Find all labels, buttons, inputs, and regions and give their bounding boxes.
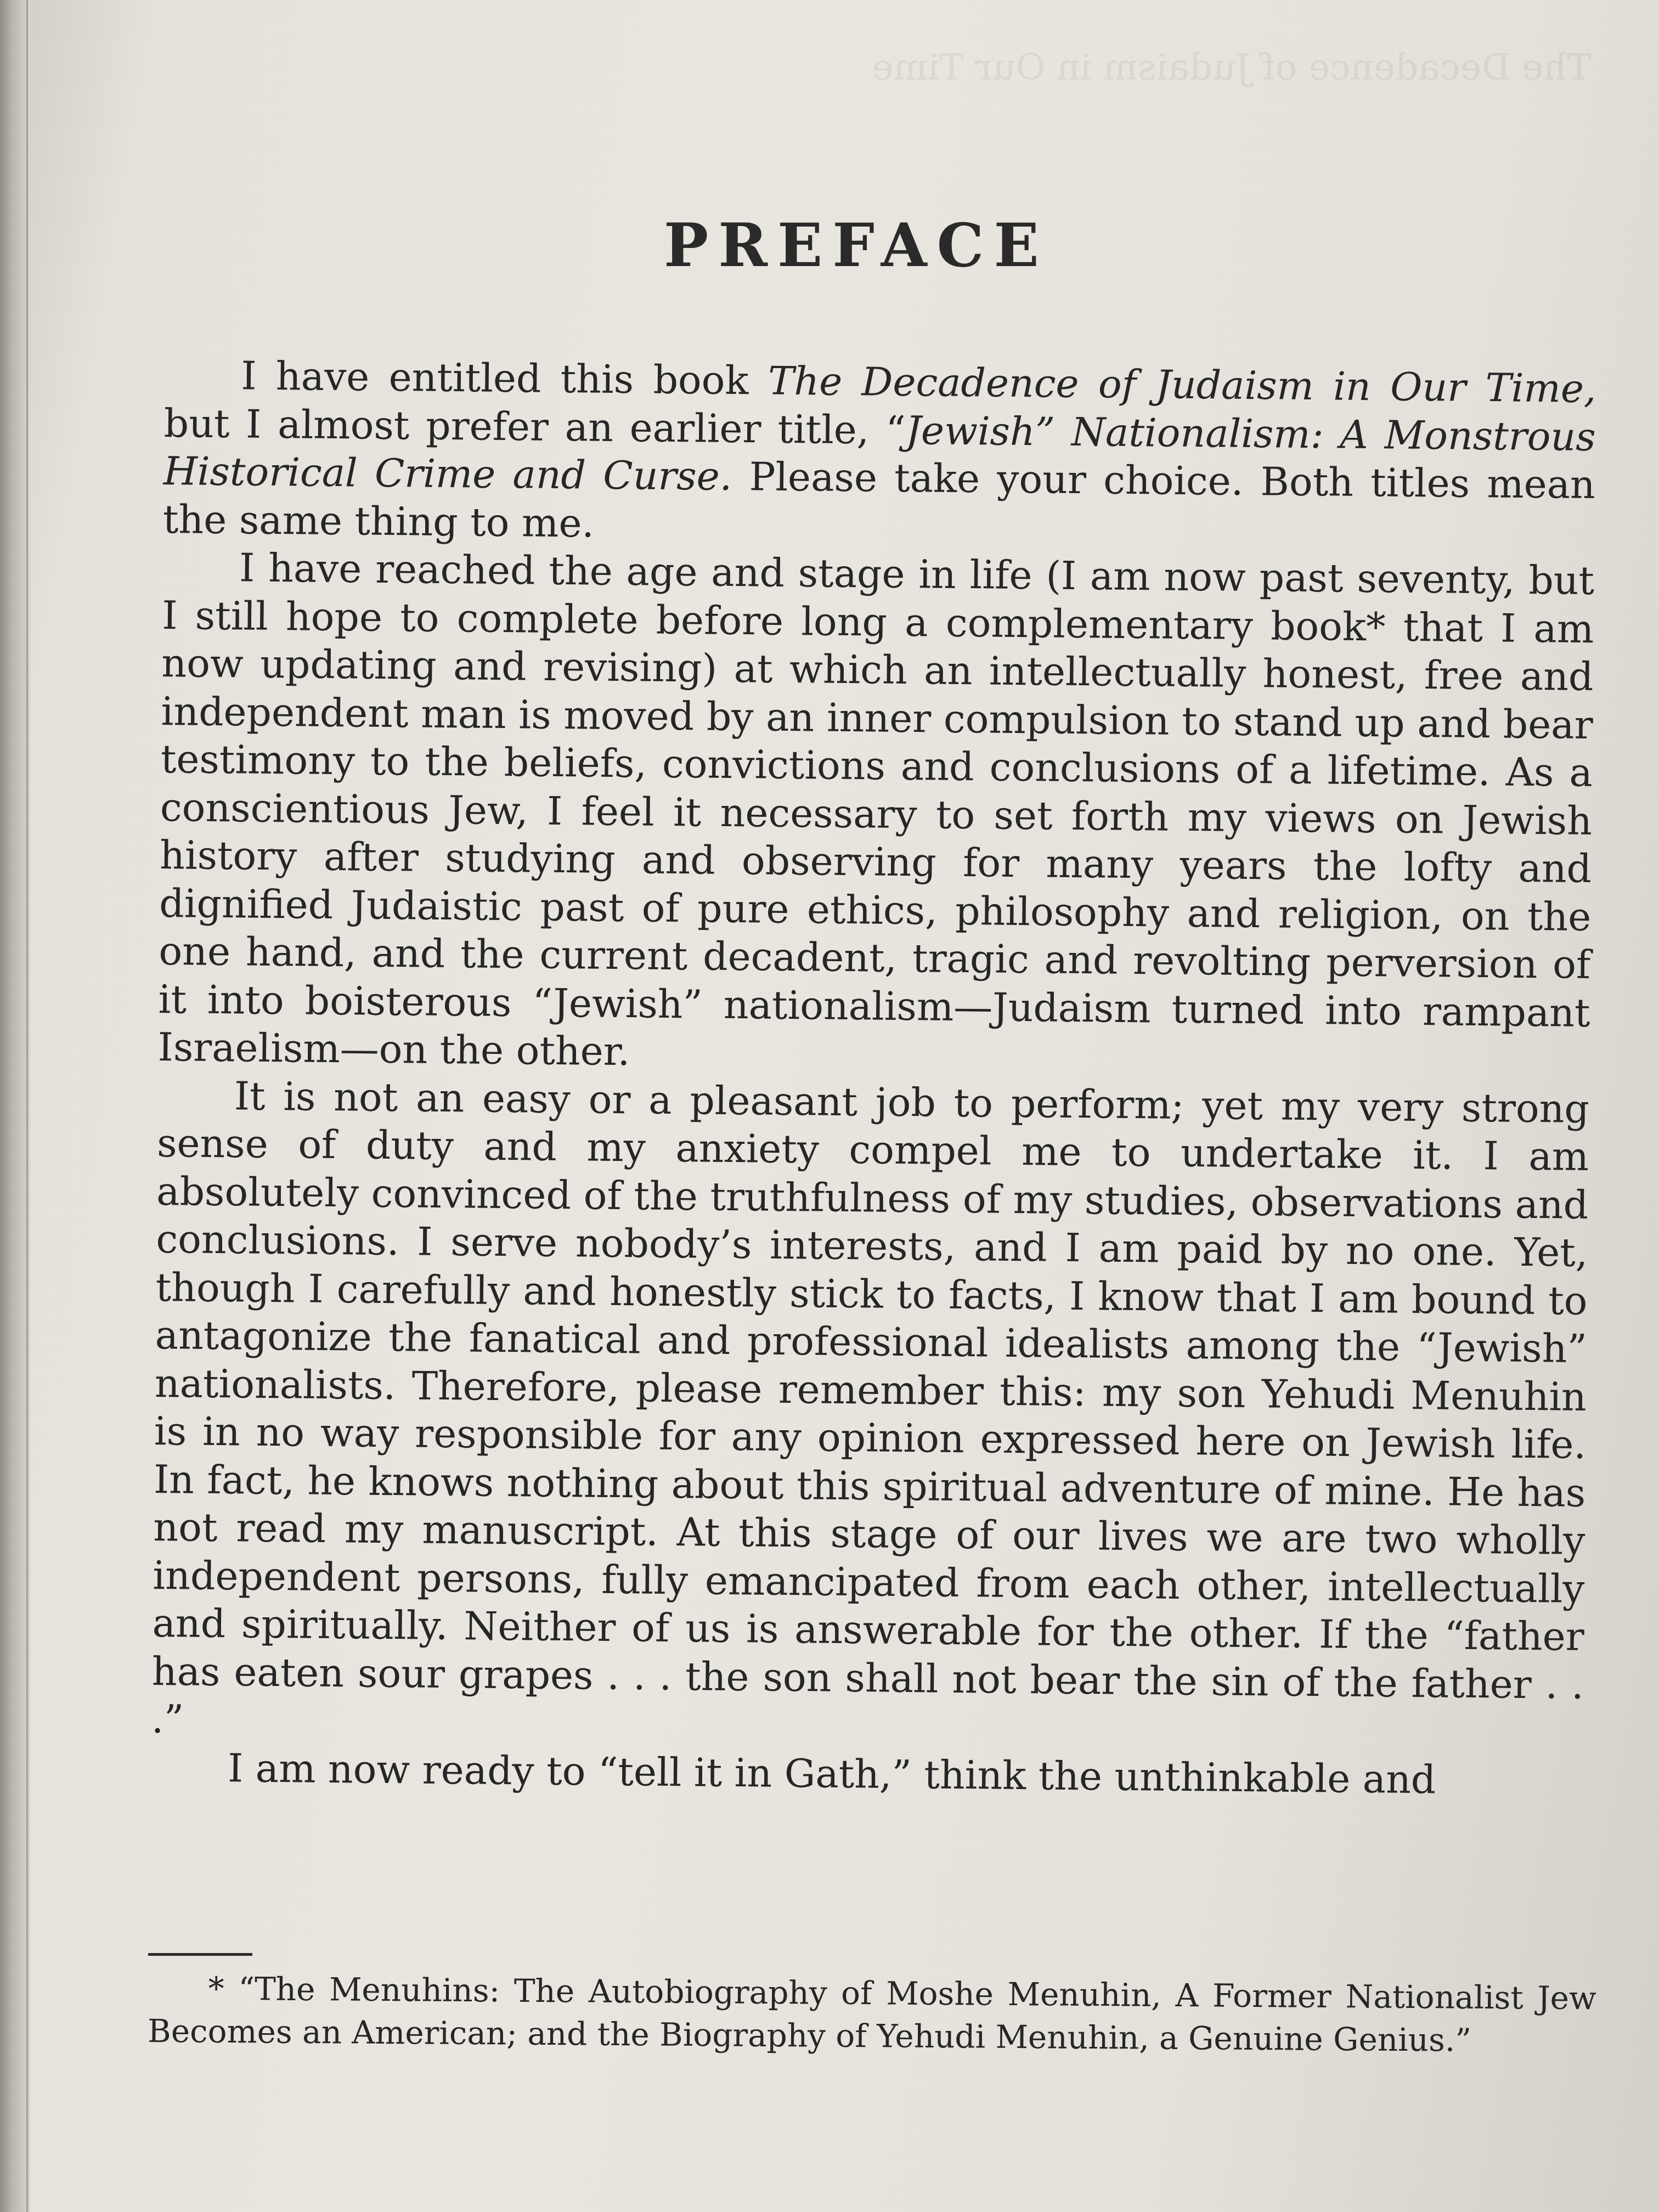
italic-title-text: The Decadence of Judaism in Our Time, bbox=[768, 358, 1596, 411]
body-text-run: I have entitled this book bbox=[241, 353, 768, 403]
body-text-run: but I almost prefer an earlier title, “ bbox=[163, 400, 906, 453]
paragraph-2: I have reached the age and stage in life… bbox=[157, 543, 1594, 1085]
body-text-run: I have reached the age and stage in life… bbox=[157, 545, 1594, 1074]
footnote-rule bbox=[148, 1953, 252, 1956]
body-text-run: It is not an easy or a pleasant job to p… bbox=[151, 1073, 1590, 1742]
page-title: PREFACE bbox=[664, 211, 1049, 280]
footnote-marker: * bbox=[208, 1970, 224, 2007]
preface-body: I have entitled this book The Decadence … bbox=[151, 351, 1596, 1805]
paragraph-1: I have entitled this book The Decadence … bbox=[163, 351, 1596, 557]
book-gutter-edge bbox=[0, 0, 30, 2212]
paragraph-3: It is not an easy or a pleasant job to p… bbox=[151, 1071, 1590, 1757]
footnote-text: * “The Menuhins: The Autobiography of Mo… bbox=[148, 1967, 1596, 2062]
footnote-body: “The Menuhins: The Autobiography of Mosh… bbox=[148, 1970, 1596, 2059]
body-text-run: I am now ready to “tell it in Gath,” thi… bbox=[228, 1745, 1436, 1802]
footnote: * “The Menuhins: The Autobiography of Mo… bbox=[148, 1967, 1596, 2062]
